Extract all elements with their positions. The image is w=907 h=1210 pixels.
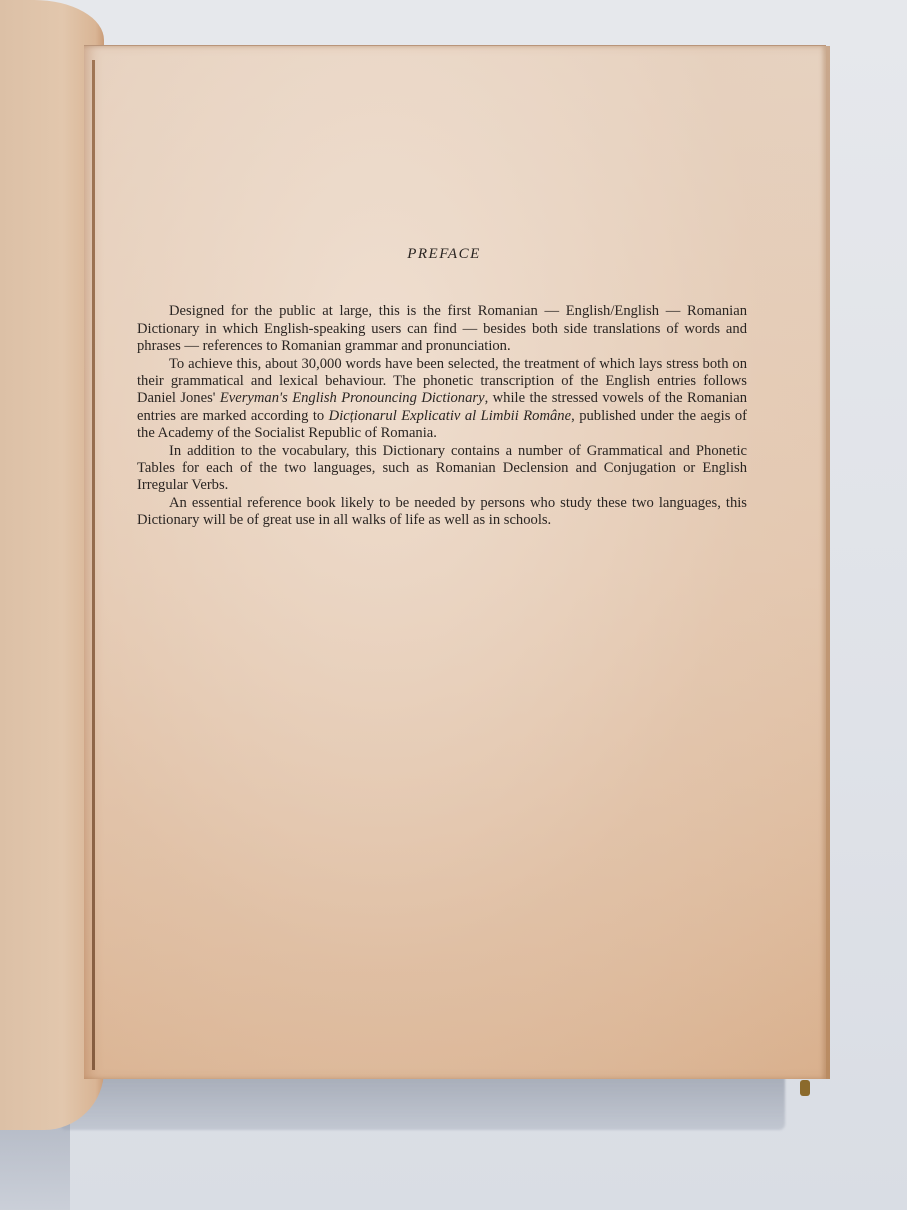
book-shadow xyxy=(60,1070,785,1130)
book-gutter xyxy=(92,60,95,1070)
preface-text: PREFACE Designed for the public at large… xyxy=(137,246,747,530)
page-title: PREFACE xyxy=(137,246,747,263)
right-page xyxy=(84,45,826,1079)
paragraph-2: To achieve this, about 30,000 words have… xyxy=(137,356,747,443)
page-tab-mark xyxy=(800,1080,810,1096)
paragraph-1: Designed for the public at large, this i… xyxy=(137,303,747,355)
reference-title-dex: Dicționarul Explicativ al Limbii Române xyxy=(329,408,571,424)
reference-title-jones: Everyman's English Pronouncing Dictionar… xyxy=(220,390,485,406)
paragraph-3: In addition to the vocabulary, this Dict… xyxy=(137,443,747,495)
paragraph-4: An essential reference book likely to be… xyxy=(137,495,747,530)
